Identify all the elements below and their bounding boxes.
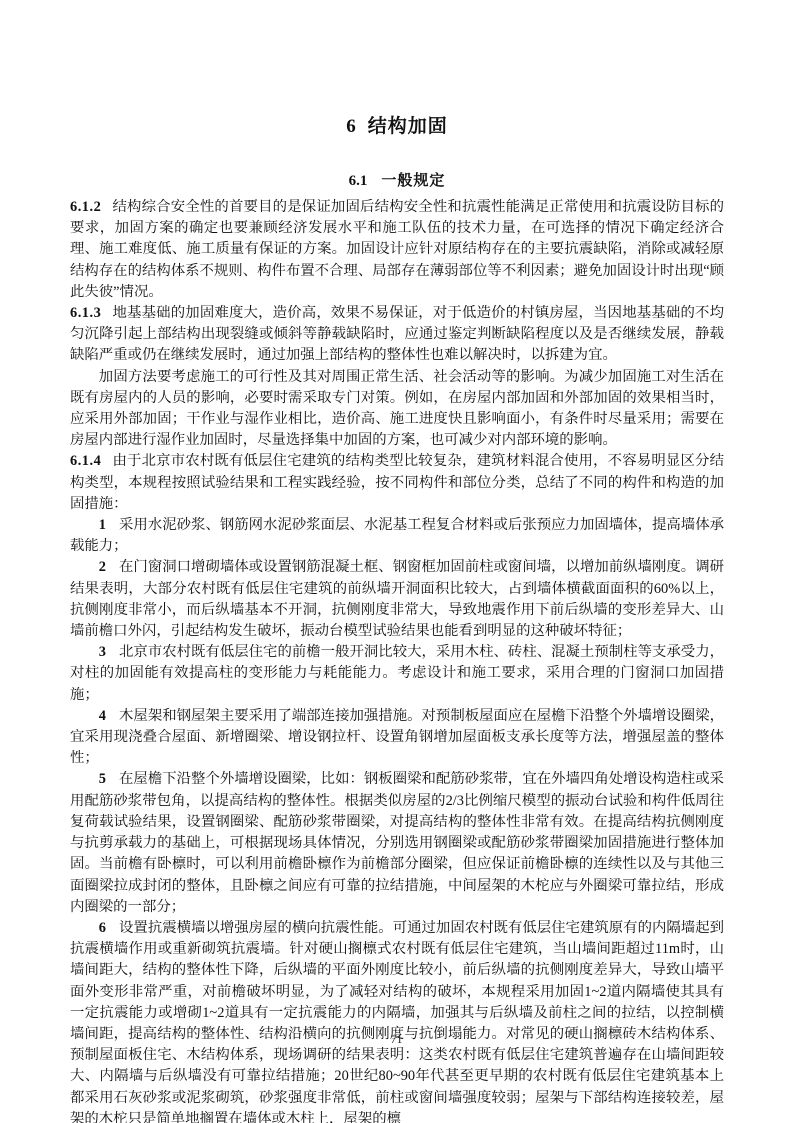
item-number: 3 [99,644,106,660]
clause-6-1-2: 6.1.2结构综合安全性的首要目的是保证加固后结构安全性和抗震性能满足正常使用和… [70,197,724,303]
list-item-2: 2在门窗洞口增砌墙体或设置钢筋混凝土框、钢窗框加固前柱或窗间墙，以增加前纵墙刚度… [70,557,724,642]
clause-6-1-3: 6.1.3地基基础的加固难度大，造价高，效果不易保证，对于低造价的村镇房屋，当因… [70,303,724,367]
body-text: 6.1.2结构综合安全性的首要目的是保证加固后结构安全性和抗震性能满足正常使用和… [70,197,724,1123]
doc-title: 6结构加固 [70,116,724,137]
list-item-4: 4木屋架和钢屋架主要采用了端部连接加强措施。对预制板屋面应在屋檐下沿整个外墙增设… [70,706,724,770]
page-number: 71 [0,1032,793,1046]
clause-text: 由于北京市农村既有低层住宅建筑的结构类型比较复杂，建筑材料混合使用，不容易明显区… [70,453,724,511]
paragraph-text: 加固方法要考虑施工的可行性及其对周围正常生活、社会活动等的影响。为减少加固施工对… [70,369,724,449]
item-number: 6 [99,920,106,936]
item-number: 2 [99,559,106,575]
item-text: 北京市农村既有低层住宅的前檐一般开洞比较大，采用木柱、砖柱、混凝土预制柱等支承受… [70,644,724,702]
item-text: 在屋檐下沿整个外墙增设圈梁，比如：钢板圈梁和配筋砂浆带，宜在外墙四角处增设构造柱… [70,771,724,914]
page-content: 6结构加固 6.1一般规定 6.1.2结构综合安全性的首要目的是保证加固后结构安… [70,116,724,1123]
item-text: 木屋架和钢屋架主要采用了端部连接加强措施。对预制板屋面应在屋檐下沿整个外墙增设圈… [70,708,724,766]
paragraph-method-note: 加固方法要考虑施工的可行性及其对周围正常生活、社会活动等的影响。为减少加固施工对… [70,367,724,452]
item-number: 1 [99,517,106,533]
doc-title-number: 6 [346,116,356,137]
item-text: 设置抗震横墙以增强房屋的横向抗震性能。可通过加固农村既有低层住宅建筑原有的内隔墙… [70,920,724,1123]
clause-text: 地基基础的加固难度大，造价高，效果不易保证，对于低造价的村镇房屋，当因地基基础的… [70,305,724,363]
clause-number: 6.1.4 [70,453,101,469]
item-number: 5 [99,771,106,787]
document-page: 6结构加固 6.1一般规定 6.1.2结构综合安全性的首要目的是保证加固后结构安… [0,0,793,1123]
clause-number: 6.1.2 [70,199,101,215]
doc-title-text: 结构加固 [368,116,448,137]
clause-6-1-4: 6.1.4由于北京市农村既有低层住宅建筑的结构类型比较复杂，建筑材料混合使用，不… [70,451,724,515]
list-item-3: 3北京市农村既有低层住宅的前檐一般开洞比较大，采用木柱、砖柱、混凝土预制柱等支承… [70,642,724,706]
section-heading: 6.1一般规定 [70,173,724,189]
item-text: 采用水泥砂浆、钢筋网水泥砂浆面层、水泥基工程复合材料或后张预应力加固墙体，提高墙… [70,517,724,554]
section-heading-number: 6.1 [349,173,368,189]
list-item-6: 6设置抗震横墙以增强房屋的横向抗震性能。可通过加固农村既有低层住宅建筑原有的内隔… [70,918,724,1123]
item-text: 在门窗洞口增砌墙体或设置钢筋混凝土框、钢窗框加固前柱或窗间墙，以增加前纵墙刚度。… [70,559,724,639]
item-number: 4 [99,708,106,724]
clause-text: 结构综合安全性的首要目的是保证加固后结构安全性和抗震性能满足正常使用和抗震设防目… [70,199,724,300]
list-item-5: 5在屋檐下沿整个外墙增设圈梁，比如：钢板圈梁和配筋砂浆带，宜在外墙四角处增设构造… [70,769,724,917]
list-item-1: 1采用水泥砂浆、钢筋网水泥砂浆面层、水泥基工程复合材料或后张预应力加固墙体，提高… [70,515,724,557]
clause-number: 6.1.3 [70,305,101,321]
section-heading-text: 一般规定 [381,172,445,189]
